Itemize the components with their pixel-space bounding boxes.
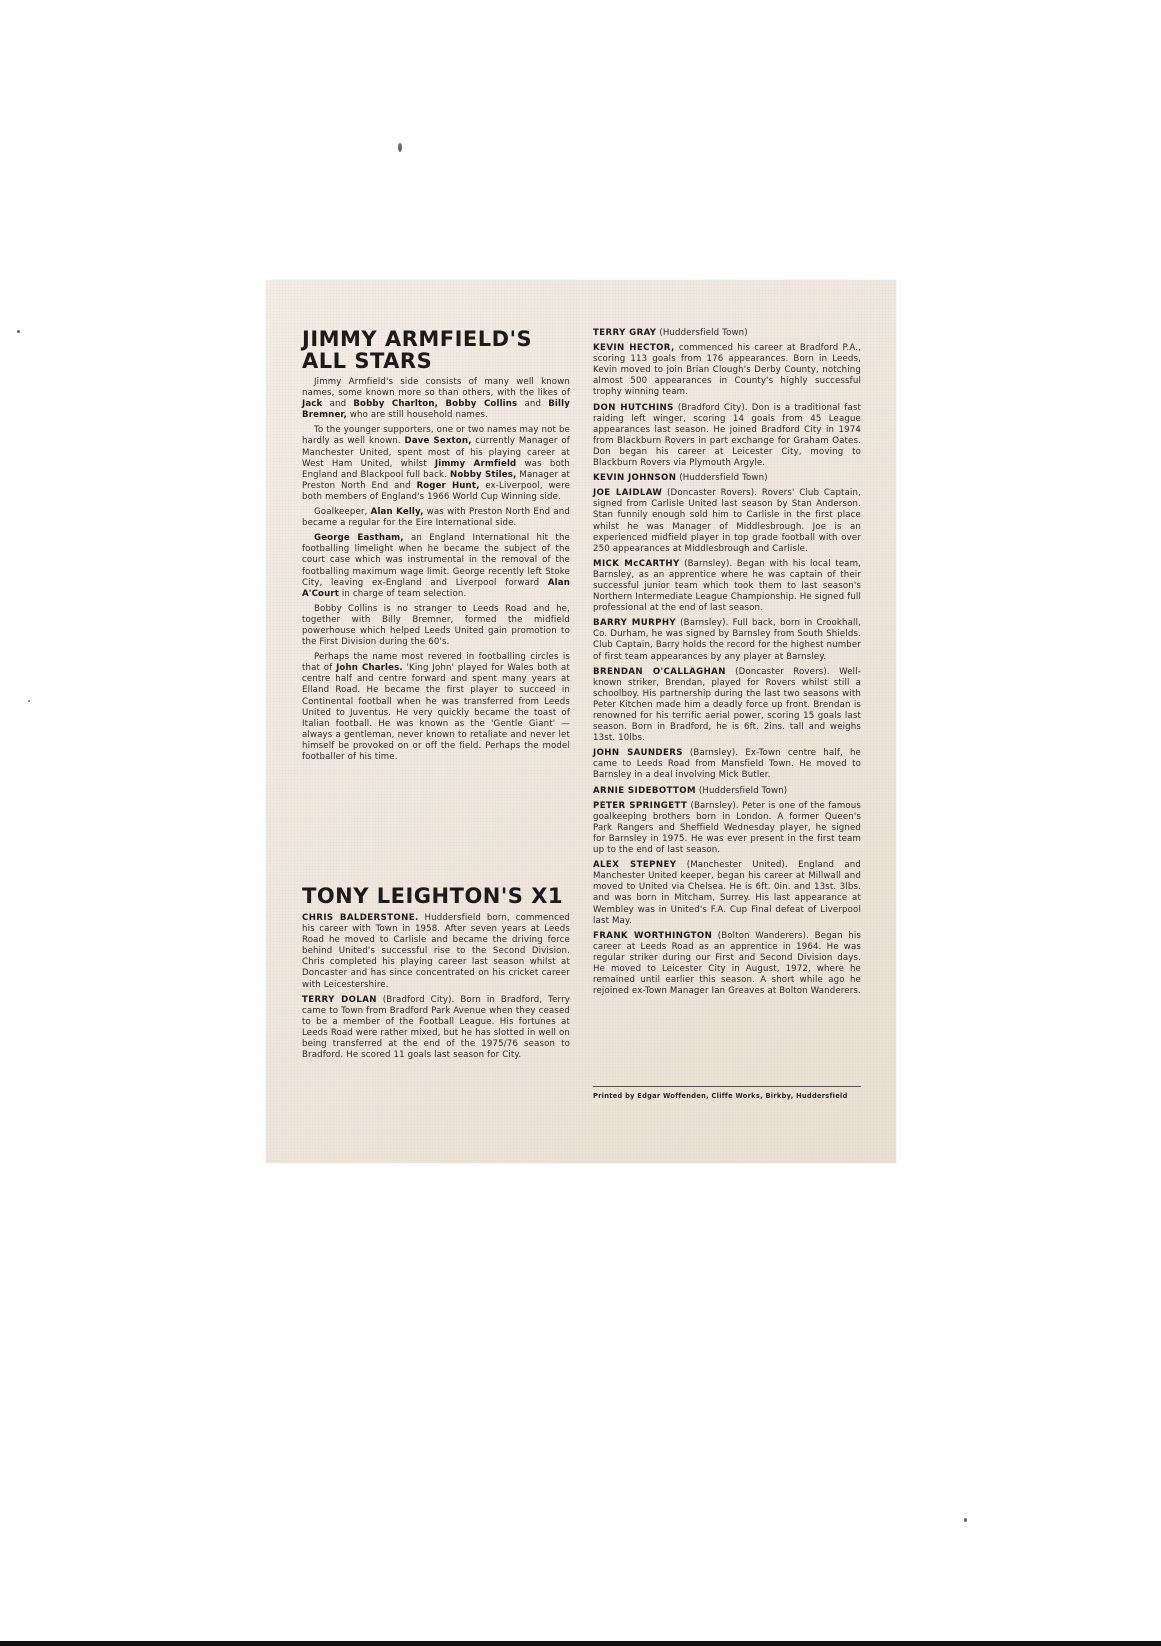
player-name: BRENDAN O'CALLAGHAN [593,667,726,677]
player-entry: FRANK WORTHINGTON (Bolton Wanderers). Be… [593,931,861,998]
scan-edge [0,1641,1161,1646]
player-name: Jack [302,399,322,409]
player-name: CHRIS BALDERSTONE. [302,913,419,923]
paragraph: Goalkeeper, Alan Kelly, was with Preston… [302,507,570,529]
player-name: Jimmy Armfield [435,459,516,469]
player-entry: KEVIN JOHNSON (Huddersfield Town) [593,473,861,484]
player-name: ARNIE SIDEBOTTOM [593,786,696,796]
player-entry: BRENDAN O'CALLAGHAN (Doncaster Rovers). … [593,667,861,745]
player-entry: TERRY GRAY (Huddersfield Town) [593,328,861,339]
player-name: BARRY MURPHY [593,618,676,628]
player-entry: BARRY MURPHY (Barnsley). Full back, born… [593,618,861,662]
paragraph: Bobby Collins is no stranger to Leeds Ro… [302,604,570,648]
player-name: Bobby Charlton, Bobby Collins [353,399,517,409]
player-name: DON HUTCHINS [593,403,674,413]
section-title-leighton-xi: TONY LEIGHTON'S X1 [302,885,602,907]
player-entry: ALEX STEPNEY (Manchester United). Englan… [593,860,861,927]
player-entry: PETER SPRINGETT (Barnsley). Peter is one… [593,801,861,856]
player-entry: TERRY DOLAN (Bradford City). Born in Bra… [302,995,570,1062]
section-title-all-stars: JIMMY ARMFIELD'S ALL STARS [302,328,602,372]
paragraph: Jimmy Armfield's side consists of many w… [302,377,570,421]
programme-page: JIMMY ARMFIELD'S ALL STARS Jimmy Armfiel… [266,280,896,1163]
speck [398,143,402,152]
player-name: KEVIN HECTOR, [593,343,675,353]
printer-credit: Printed by Edgar Woffenden, Cliffe Works… [593,1091,861,1102]
player-name: Roger Hunt, [416,481,479,491]
all-stars-body: Jimmy Armfield's side consists of many w… [302,377,570,767]
player-entry: CHRIS BALDERSTONE. Huddersfield born, co… [302,913,570,991]
player-entry: DON HUTCHINS (Bradford City). Don is a t… [593,403,861,470]
player-name: TERRY DOLAN [302,995,377,1005]
footer-rule [593,1086,861,1087]
speck [964,1518,967,1522]
player-name: JOHN SAUNDERS [593,748,683,758]
player-entry: KEVIN HECTOR, commenced his career at Br… [593,343,861,398]
player-name: Nobby Stiles, [450,470,516,480]
player-name: John Charles. [336,663,403,673]
player-name: JOE LAIDLAW [593,488,662,498]
paragraph: Perhaps the name most revered in footbal… [302,652,570,763]
player-name: Alan A'Court [302,578,570,599]
title-line-1: JIMMY ARMFIELD'S [302,327,532,351]
paragraph: To the younger supporters, one or two na… [302,425,570,503]
player-name: TERRY GRAY [593,328,656,338]
leighton-xi-body-left: CHRIS BALDERSTONE. Huddersfield born, co… [302,913,570,1065]
speck [17,330,20,333]
player-name: George Eastham, [314,533,404,543]
leighton-xi-body-right: TERRY GRAY (Huddersfield Town)KEVIN HECT… [593,328,861,1001]
speck [28,700,30,702]
player-name: ALEX STEPNEY [593,860,676,870]
player-entry: JOE LAIDLAW (Doncaster Rovers). Rovers' … [593,488,861,555]
player-name: PETER SPRINGETT [593,801,687,811]
title-line-2: ALL STARS [302,349,432,373]
player-name: Dave Sexton, [405,436,472,446]
player-entry: ARNIE SIDEBOTTOM (Huddersfield Town) [593,786,861,797]
player-name: FRANK WORTHINGTON [593,931,712,941]
player-entry: MICK McCARTHY (Barnsley). Began with his… [593,559,861,614]
player-name: Alan Kelly, [371,507,424,517]
player-entry: JOHN SAUNDERS (Barnsley). Ex-Town centre… [593,748,861,781]
paragraph: George Eastham, an England International… [302,533,570,600]
player-name: MICK McCARTHY [593,559,680,569]
player-name: KEVIN JOHNSON [593,473,676,483]
